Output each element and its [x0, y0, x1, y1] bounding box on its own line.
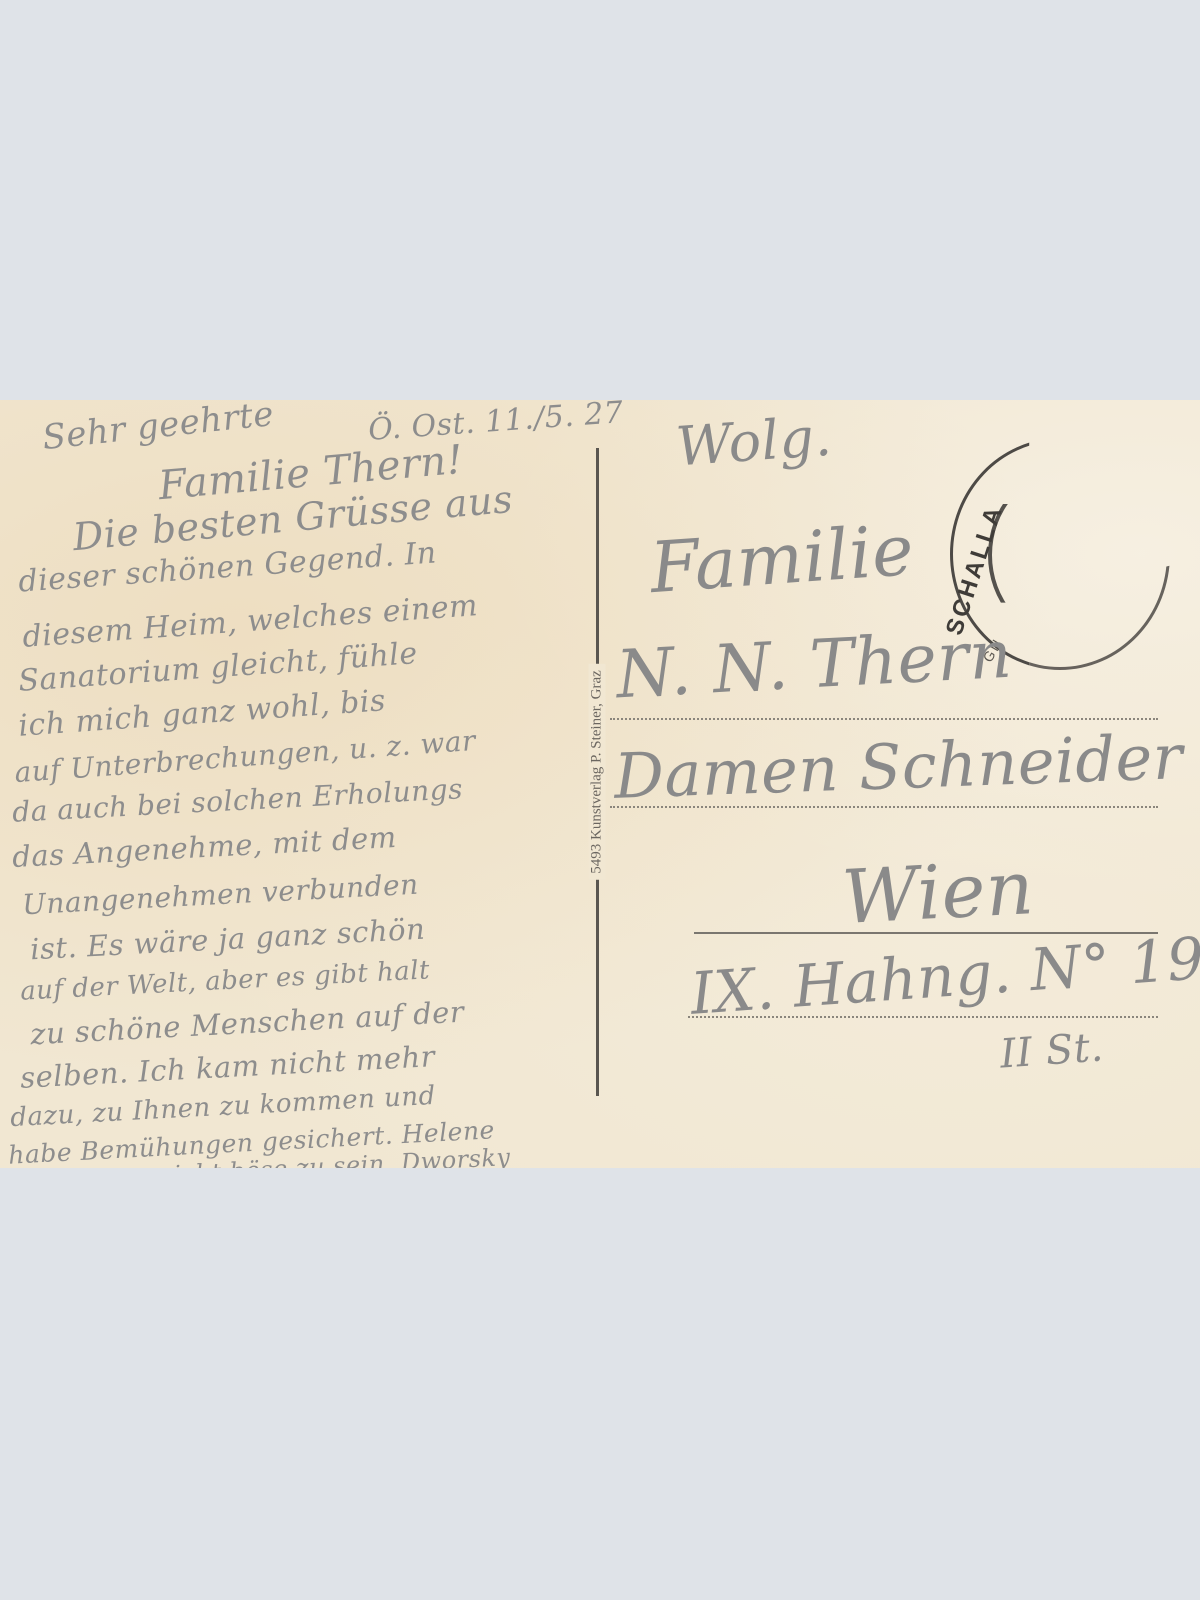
address-line-business: Damen Schneider	[613, 720, 1184, 813]
postcard: Sehr geehrte Ö. Ost. 11./5. 27 Familie T…	[0, 400, 1200, 1168]
address-street: IX. Hahng. N° 19	[688, 924, 1200, 1028]
address-floor: II St.	[999, 1024, 1105, 1077]
address-city: Wien	[840, 845, 1036, 941]
address-rule-1	[610, 718, 1158, 720]
address-rule-4	[688, 1016, 1158, 1018]
greeting: Sehr geehrte	[41, 400, 276, 458]
address-prefix: Wolg.	[674, 405, 834, 479]
address-line-name: N. N. Thern	[614, 616, 1014, 714]
message-line: das Angenehme, mit dem	[11, 820, 397, 874]
publisher-imprint: 5493 Kunstverlag P. Steiner, Graz	[589, 664, 606, 880]
message-line: Unangenehmen verbunden	[21, 868, 419, 922]
address-line-family: Familie	[647, 509, 916, 609]
address-rule-2	[610, 806, 1158, 808]
